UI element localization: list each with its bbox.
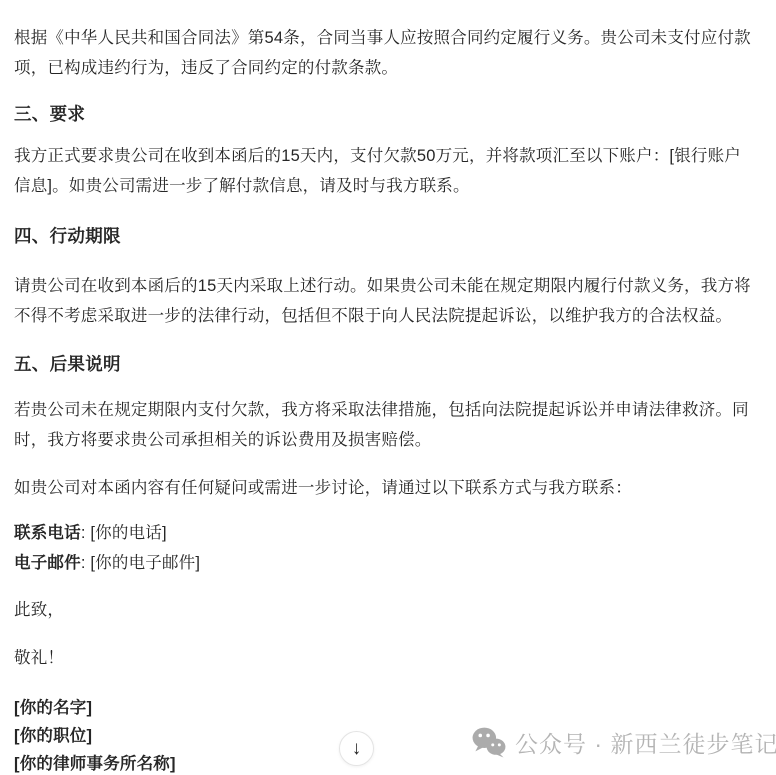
paragraph-line: 时，我方将要求贵公司承担相关的诉讼费用及损害赔偿。 <box>14 425 762 455</box>
contact-phone-line: 联系电话: [你的电话] <box>14 518 762 548</box>
wechat-logo-icon <box>472 727 506 758</box>
paragraph-line: 信息]。如贵公司需进一步了解付款信息，请及时与我方联系。 <box>14 171 762 201</box>
letter-document: 根据《中华人民共和国合同法》第54条，合同当事人应按照合同约定履行义务。贵公司未… <box>0 0 776 775</box>
salute-text: 敬礼！ <box>14 643 762 673</box>
paragraph-contact-intro: 如贵公司对本函内容有任何疑问或需进一步讨论，请通过以下联系方式与我方联系： <box>14 473 762 503</box>
scroll-to-bottom-button[interactable]: ↓ <box>339 731 374 766</box>
paragraph-line: 我方正式要求贵公司在收到本函后的15天内，支付欠款50万元，并将款项汇至以下账户… <box>14 141 762 171</box>
paragraph-line: 不得不考虑采取进一步的法律行动，包括但不限于向人民法院提起诉讼，以维护我方的合法… <box>14 301 762 331</box>
signature-name: [你的名字] <box>14 694 762 722</box>
paragraph-line: 若贵公司未在规定期限内支付欠款，我方将采取法律措施，包括向法院提起诉讼并申请法律… <box>14 395 762 425</box>
paragraph-line: 如贵公司对本函内容有任何疑问或需进一步讨论，请通过以下联系方式与我方联系： <box>14 473 762 503</box>
arrow-down-icon: ↓ <box>352 739 362 758</box>
paragraph-line: 项，已构成违约行为，违反了合同约定的付款条款。 <box>14 53 762 83</box>
paragraph-legal-basis: 根据《中华人民共和国合同法》第54条，合同当事人应按照合同约定履行义务。贵公司未… <box>14 23 762 83</box>
contact-email-value: : [你的电子邮件] <box>81 554 200 572</box>
closing-text: 此致， <box>14 595 762 625</box>
paragraph-requirements: 我方正式要求贵公司在收到本函后的15天内，支付欠款50万元，并将款项汇至以下账户… <box>14 141 762 201</box>
heading-consequences: 五、后果说明 <box>14 351 762 377</box>
watermark-text: 公众号 · 新西兰徒步笔记 <box>515 726 776 759</box>
contact-phone-label: 联系电话 <box>14 524 81 542</box>
salute-line: 敬礼！ <box>14 643 762 673</box>
paragraph-line: 根据《中华人民共和国合同法》第54条，合同当事人应按照合同约定履行义务。贵公司未… <box>14 23 762 53</box>
contact-phone-value: : [你的电话] <box>81 524 167 542</box>
contact-email-label: 电子邮件 <box>14 554 81 572</box>
paragraph-line: 请贵公司在收到本函后的15天内采取上述行动。如果贵公司未能在规定期限内履行付款义… <box>14 271 762 301</box>
contact-info: 联系电话: [你的电话] 电子邮件: [你的电子邮件] <box>14 518 762 578</box>
contact-email-line: 电子邮件: [你的电子邮件] <box>14 548 762 578</box>
heading-requirements: 三、要求 <box>14 101 762 127</box>
watermark: 公众号 · 新西兰徒步笔记 <box>472 726 776 759</box>
paragraph-deadline: 请贵公司在收到本函后的15天内采取上述行动。如果贵公司未能在规定期限内履行付款义… <box>14 271 762 331</box>
paragraph-consequences: 若贵公司未在规定期限内支付欠款，我方将采取法律措施，包括向法院提起诉讼并申请法律… <box>14 395 762 455</box>
closing-line: 此致， <box>14 595 762 625</box>
heading-deadline: 四、行动期限 <box>14 223 762 249</box>
